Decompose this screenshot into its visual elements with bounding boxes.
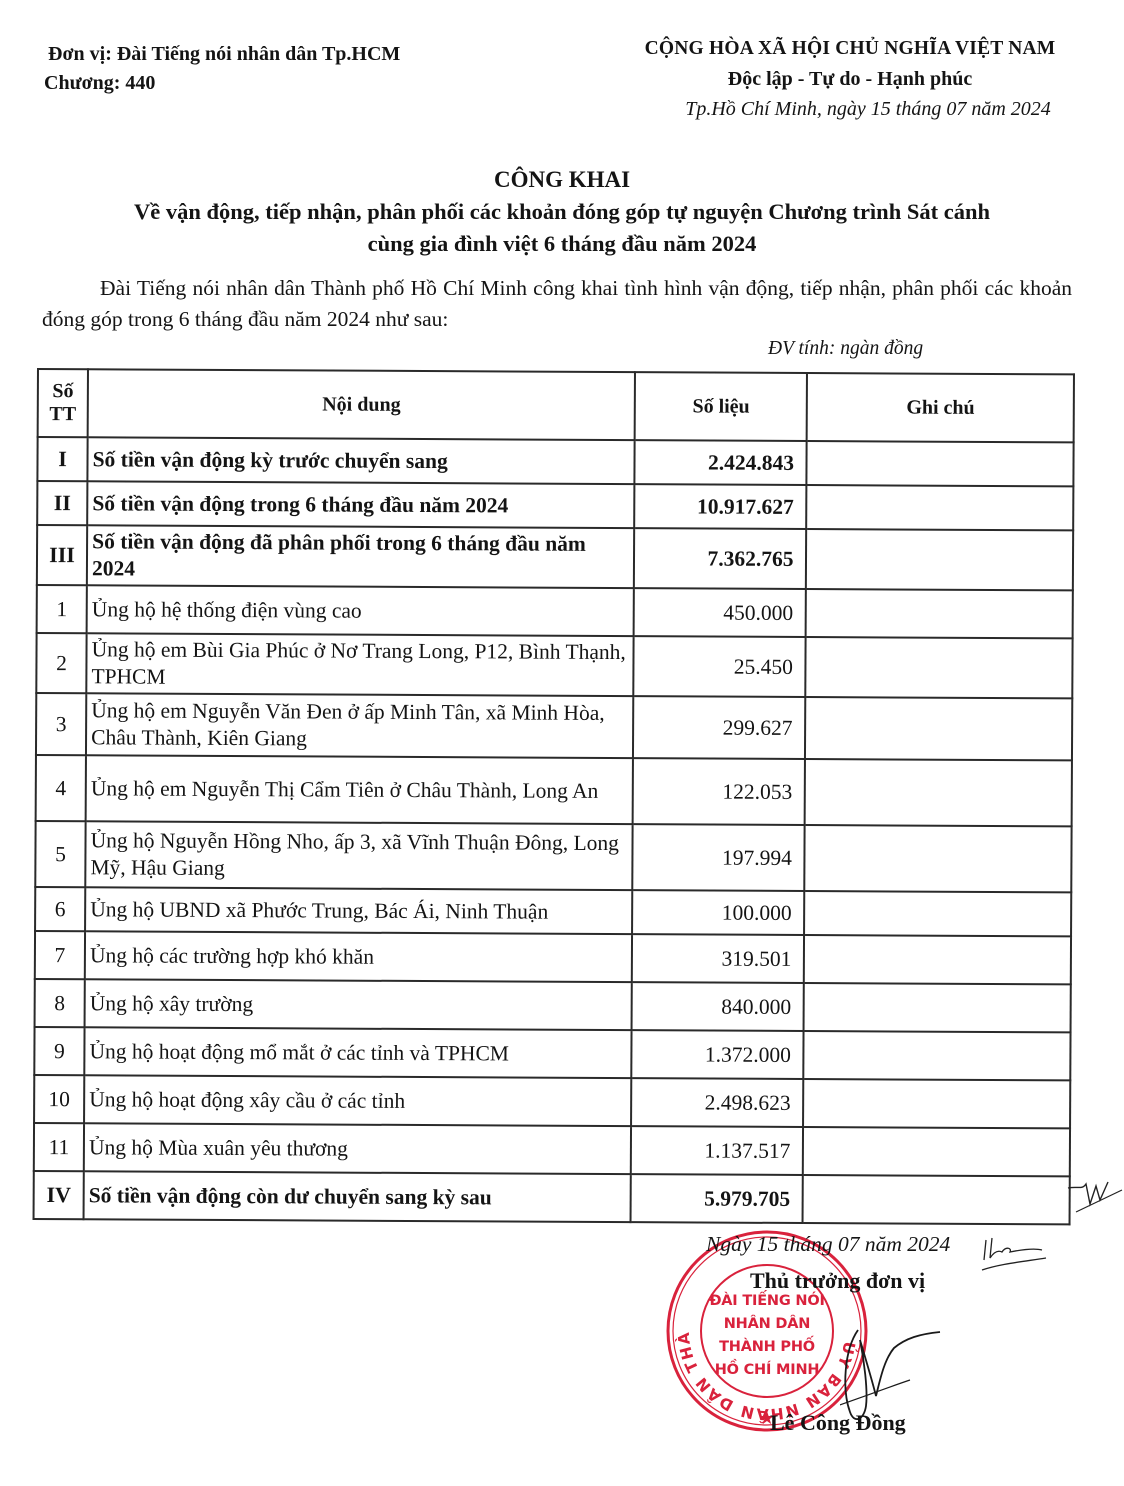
row-content: Ủng hộ các trường hợp khó khăn [85, 931, 632, 982]
row-note [805, 759, 1072, 826]
row-content: Số tiền vận động còn dư chuyển sang kỳ s… [84, 1171, 631, 1222]
row-note [805, 697, 1072, 760]
signatory-title: Thủ trưởng đơn vị [750, 1268, 925, 1294]
date-initials-icon [980, 1232, 1050, 1272]
row-number: 11 [34, 1123, 84, 1171]
row-value: 1.137.517 [631, 1126, 804, 1175]
table-row: 11Ủng hộ Mùa xuân yêu thương1.137.517 [34, 1123, 1070, 1176]
row-note [806, 529, 1073, 590]
row-content: Số tiền vận động đã phân phối trong 6 th… [87, 525, 634, 588]
row-value: 450.000 [634, 588, 807, 637]
table-row: IVSố tiền vận động còn dư chuyển sang kỳ… [34, 1171, 1070, 1224]
row-content: Số tiền vận động trong 6 tháng đầu năm 2… [87, 481, 634, 528]
row-number: III [37, 525, 87, 585]
row-content: Ủng hộ hệ thống điện vùng cao [87, 585, 634, 636]
row-number: 8 [35, 979, 85, 1027]
row-note [803, 1175, 1070, 1224]
row-content: Ủng hộ hoạt động mổ mắt ở các tỉnh và TP… [84, 1027, 631, 1078]
row-note [804, 983, 1071, 1032]
row-content: Ủng hộ Nguyễn Hồng Nho, ấp 3, xã Vĩnh Th… [85, 821, 632, 890]
header-note: Ghi chú [807, 373, 1074, 442]
intro-paragraph: Đài Tiếng nói nhân dân Thành phố Hồ Chí … [42, 273, 1072, 335]
table-row: 6Ủng hộ UBND xã Phước Trung, Bác Ái, Nin… [35, 887, 1071, 936]
table-row: 1Ủng hộ hệ thống điện vùng cao450.000 [37, 585, 1073, 638]
row-note [806, 589, 1073, 638]
initials-mark-icon [1064, 1178, 1124, 1218]
document-subtitle-line-1: Về vận động, tiếp nhận, phân phối các kh… [30, 196, 1094, 228]
document-title-block: CÔNG KHAI Về vận động, tiếp nhận, phân p… [30, 164, 1094, 260]
header-content: Nội dung [88, 369, 635, 440]
table-row: 5Ủng hộ Nguyễn Hồng Nho, ấp 3, xã Vĩnh T… [35, 821, 1071, 892]
row-number: 7 [35, 931, 85, 979]
row-content: Ủng hộ xây trường [85, 979, 632, 1030]
row-value: 5.979.705 [631, 1174, 804, 1223]
row-number: 9 [34, 1027, 84, 1075]
table-row: IISố tiền vận động trong 6 tháng đầu năm… [37, 481, 1073, 530]
header-value: Số liệu [635, 372, 808, 441]
signature-date: Ngày 15 tháng 07 năm 2024 [706, 1232, 950, 1257]
place-date: Tp.Hồ Chí Minh, ngày 15 tháng 07 năm 202… [610, 94, 1090, 124]
stamp-center-text: ĐÀI TIẾNG NÓI NHÂN DÂN THÀNH PHỐ HỒ CHÍ … [704, 1290, 830, 1382]
national-header-block: CỘNG HÒA XÃ HỘI CHỦ NGHĨA VIỆT NAM Độc l… [610, 34, 1090, 124]
row-number: 10 [34, 1075, 84, 1123]
issuing-unit-block: Đơn vị: Đài Tiếng nói nhân dân Tp.HCM Ch… [44, 40, 400, 98]
row-value: 122.053 [633, 758, 806, 825]
table-row: 10Ủng hộ hoạt động xây cầu ở các tỉnh2.4… [34, 1075, 1070, 1128]
header-stt-line-1: Số [45, 380, 81, 403]
row-value: 840.000 [632, 982, 805, 1031]
row-note [804, 1079, 1071, 1128]
row-number: 5 [35, 821, 85, 887]
row-content: Ủng hộ Mùa xuân yêu thương [84, 1123, 631, 1174]
row-note [804, 935, 1071, 984]
signatory-name: Lê Công Đồng [770, 1410, 906, 1436]
row-value: 25.450 [633, 636, 806, 697]
row-note [805, 825, 1072, 892]
donation-summary-table: Số TT Nội dung Số liệu Ghi chú ISố tiền … [33, 368, 1075, 1225]
row-number: 1 [37, 585, 87, 633]
national-motto: Độc lập - Tự do - Hạnh phúc [610, 64, 1090, 94]
header-stt-line-2: TT [45, 403, 81, 426]
table-row: ISố tiền vận động kỳ trước chuyển sang2.… [37, 437, 1073, 486]
row-number: 2 [36, 633, 86, 693]
row-note [804, 1031, 1071, 1080]
row-value: 319.501 [632, 934, 805, 983]
row-note [805, 891, 1072, 936]
row-note [807, 485, 1074, 530]
chapter-code: Chương: 440 [44, 69, 400, 98]
row-note [806, 637, 1073, 698]
row-content: Số tiền vận động kỳ trước chuyển sang [88, 437, 635, 484]
stamp-line-4: HỒ CHÍ MINH [704, 1359, 830, 1382]
unit-name: Đơn vị: Đài Tiếng nói nhân dân Tp.HCM [44, 40, 400, 69]
table-row: 2Ủng hộ em Bùi Gia Phúc ở Nơ Trang Long,… [36, 633, 1072, 698]
row-value: 7.362.765 [634, 528, 807, 589]
row-content: Ủng hộ UBND xã Phước Trung, Bác Ái, Ninh… [85, 887, 632, 934]
stamp-line-3: THÀNH PHỐ [704, 1336, 830, 1359]
table-row: 3Ủng hộ em Nguyễn Văn Đen ở ấp Minh Tân,… [36, 693, 1072, 760]
row-content: Ủng hộ em Nguyễn Văn Đen ở ấp Minh Tân, … [86, 693, 633, 758]
row-value: 1.372.000 [631, 1030, 804, 1079]
header-stt: Số TT [38, 369, 88, 437]
row-content: Ủng hộ em Bùi Gia Phúc ở Nơ Trang Long, … [86, 633, 633, 696]
row-content: Ủng hộ hoạt động xây cầu ở các tỉnh [84, 1075, 631, 1126]
row-number: I [37, 437, 87, 481]
table-row: 9Ủng hộ hoạt động mổ mắt ở các tỉnh và T… [34, 1027, 1070, 1080]
row-value: 2.498.623 [631, 1078, 804, 1127]
document-subtitle-line-2: cùng gia đình việt 6 tháng đầu năm 2024 [30, 228, 1094, 260]
row-number: 6 [35, 887, 85, 931]
row-value: 197.994 [632, 824, 805, 891]
table-header-row: Số TT Nội dung Số liệu Ghi chú [38, 369, 1074, 442]
row-number: 3 [36, 693, 86, 755]
row-number: II [37, 481, 87, 525]
row-note [807, 441, 1074, 486]
nation-name: CỘNG HÒA XÃ HỘI CHỦ NGHĨA VIỆT NAM [610, 34, 1090, 64]
document-title: CÔNG KHAI [30, 164, 1094, 196]
table-row: 7Ủng hộ các trường hợp khó khăn319.501 [35, 931, 1071, 984]
row-number: IV [34, 1171, 84, 1219]
table-row: 4Ủng hộ em Nguyễn Thị Cẩm Tiên ở Châu Th… [36, 755, 1072, 826]
row-note [803, 1127, 1070, 1176]
stamp-line-2: NHÂN DÂN [704, 1313, 830, 1336]
row-content: Ủng hộ em Nguyễn Thị Cẩm Tiên ở Châu Thà… [86, 755, 633, 824]
row-value: 2.424.843 [635, 440, 808, 485]
row-value: 299.627 [633, 696, 806, 759]
row-value: 10.917.627 [634, 484, 807, 529]
table-row: 8Ủng hộ xây trường840.000 [35, 979, 1071, 1032]
row-value: 100.000 [632, 890, 805, 935]
currency-unit-note: ĐV tính: ngàn đồng [768, 338, 923, 360]
table-row: IIISố tiền vận động đã phân phối trong 6… [37, 525, 1073, 590]
row-number: 4 [36, 755, 86, 821]
